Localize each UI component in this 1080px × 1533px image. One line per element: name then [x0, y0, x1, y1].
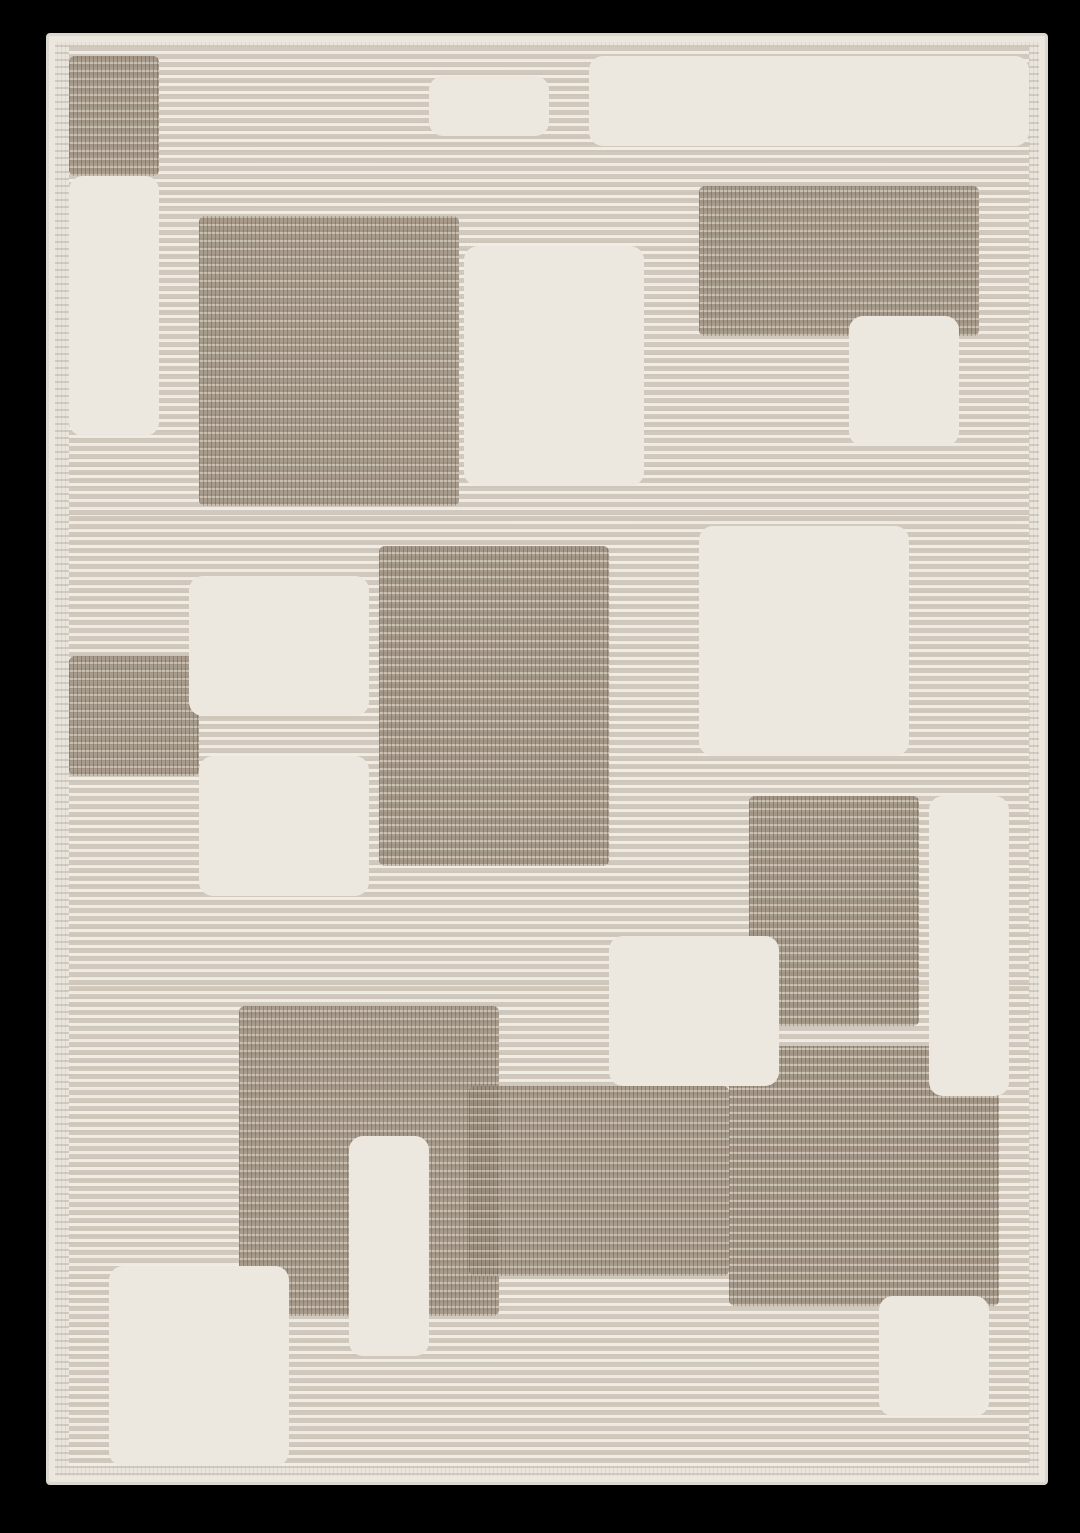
cream-blob [429, 76, 549, 136]
cream-blob [589, 56, 1029, 146]
pattern-patch [379, 546, 609, 866]
cream-blob [69, 176, 159, 436]
cream-blob [109, 1266, 289, 1466]
pattern-patch [69, 56, 159, 176]
pattern-patch [199, 216, 459, 506]
pattern-patch [699, 186, 979, 336]
cream-blob [189, 576, 369, 716]
cream-blob [609, 936, 779, 1086]
cream-blob [879, 1296, 989, 1416]
cream-blob [349, 1136, 429, 1356]
cream-blob [929, 796, 1009, 1096]
cream-blob [199, 756, 369, 896]
cream-blob [464, 246, 644, 486]
rug [46, 33, 1048, 1485]
cream-blob [849, 316, 959, 446]
pattern-patch [469, 1086, 729, 1276]
pattern-patch [69, 656, 199, 776]
cream-blob [699, 526, 909, 756]
